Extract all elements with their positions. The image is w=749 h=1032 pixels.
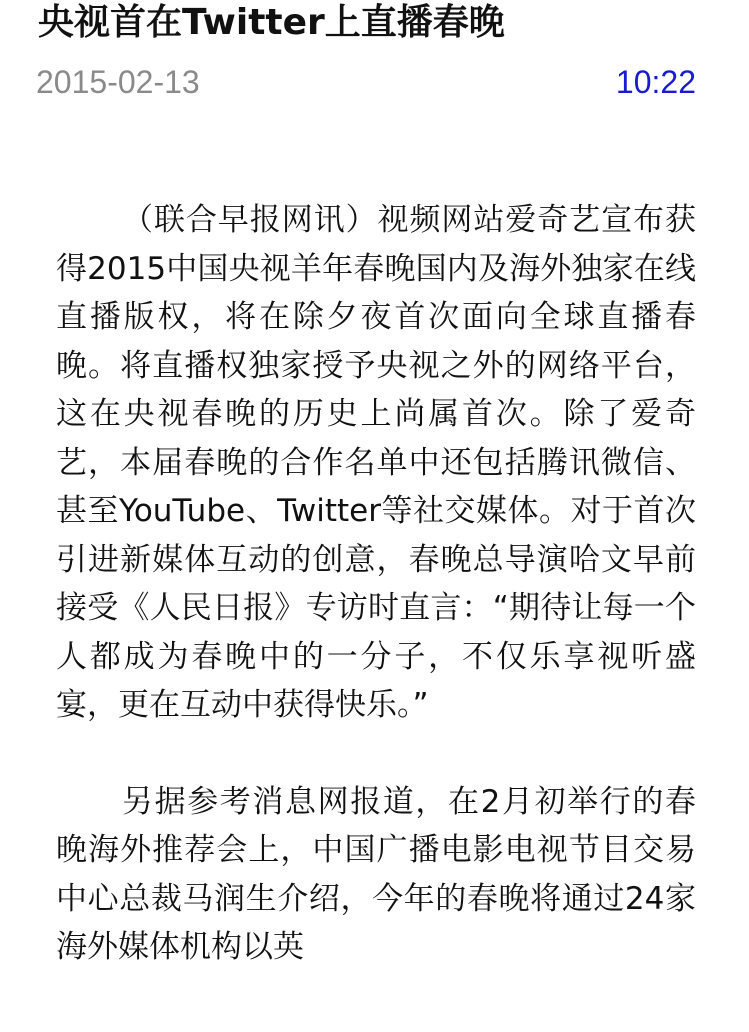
article-meta: 2015-02-13 10:22 — [36, 60, 696, 104]
publish-time: 10:22 — [616, 60, 696, 104]
article-body: （联合早报网讯）视频网站爱奇艺宣布获得2015中国央视羊年春晚国内及海外独家在线… — [56, 196, 696, 972]
publish-date: 2015-02-13 — [36, 60, 200, 104]
article-paragraph: （联合早报网讯）视频网站爱奇艺宣布获得2015中国央视羊年春晚国内及海外独家在线… — [56, 196, 696, 730]
article-title: 央视首在Twitter上直播春晚 — [38, 0, 505, 46]
article-paragraph: 另据参考消息网报道，在2月初举行的春晚海外推荐会上，中国广播电影电视节目交易中心… — [56, 778, 696, 972]
